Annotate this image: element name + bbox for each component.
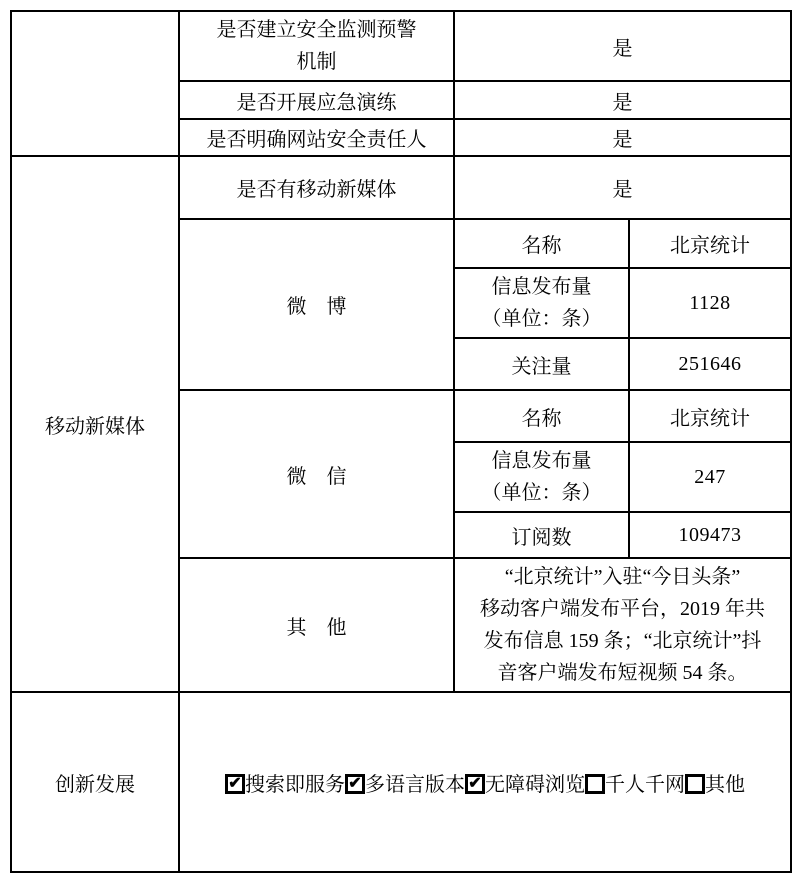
section-cell-mobile-media: 移动新媒体 [11, 156, 179, 692]
wechat-group-label: 微 信 [179, 390, 454, 558]
wechat-subscribers-label: 订阅数 [454, 512, 629, 558]
wechat-subscribers-value: 109473 [629, 512, 791, 558]
other-media-description: “北京统计”入驻“今日头条” 移动客户端发布平台，2019 年共 发布信息 15… [454, 558, 791, 692]
weibo-posts-value: 1128 [629, 268, 791, 338]
table-row: 移动新媒体 是否有移动新媒体 是 [11, 156, 791, 219]
weibo-followers-value: 251646 [629, 338, 791, 390]
innovation-option: ✔多语言版本 [345, 768, 465, 797]
innovation-option: 其他 [685, 768, 745, 797]
section-cell-innovation: 创新发展 [11, 692, 179, 872]
emergency-drill-label: 是否开展应急演练 [179, 81, 454, 119]
wechat-name-label: 名称 [454, 390, 629, 442]
emergency-drill-value: 是 [454, 81, 791, 119]
checked-checkbox-icon[interactable]: ✔ [225, 774, 245, 794]
innovation-option: ✔搜索即服务 [225, 768, 345, 797]
unchecked-checkbox-icon[interactable] [685, 774, 705, 794]
innovation-option: 千人千网 [585, 768, 685, 797]
security-owner-value: 是 [454, 119, 791, 156]
innovation-option-label: 多语言版本 [365, 774, 465, 796]
table-row: 创新发展 ✔搜索即服务✔多语言版本✔无障碍浏览千人千网其他 [11, 692, 791, 872]
innovation-option-label: 千人千网 [605, 774, 685, 796]
innovation-option-label: 搜索即服务 [245, 774, 345, 796]
weibo-followers-label: 关注量 [454, 338, 629, 390]
wechat-name-value: 北京统计 [629, 390, 791, 442]
security-monitor-label: 是否建立安全监测预警 机制 [179, 11, 454, 81]
security-owner-label: 是否明确网站安全责任人 [179, 119, 454, 156]
checked-checkbox-icon[interactable]: ✔ [345, 774, 365, 794]
wechat-posts-value: 247 [629, 442, 791, 512]
has-mobile-media-value: 是 [454, 156, 791, 219]
table-row: 是否建立安全监测预警 机制 是 [11, 11, 791, 81]
innovation-option-label: 无障碍浏览 [485, 774, 585, 796]
has-mobile-media-label: 是否有移动新媒体 [179, 156, 454, 219]
wechat-posts-label: 信息发布量 （单位：条） [454, 442, 629, 512]
weibo-group-label: 微 博 [179, 219, 454, 390]
unchecked-checkbox-icon[interactable] [585, 774, 605, 794]
report-page: 是否建立安全监测预警 机制 是 是否开展应急演练 是 是否明确网站安全责任人 是… [0, 0, 800, 872]
innovation-options: ✔搜索即服务✔多语言版本✔无障碍浏览千人千网其他 [225, 768, 745, 797]
security-monitor-value: 是 [454, 11, 791, 81]
section-cell-continued [11, 11, 179, 156]
weibo-name-value: 北京统计 [629, 219, 791, 268]
annual-report-table: 是否建立安全监测预警 机制 是 是否开展应急演练 是 是否明确网站安全责任人 是… [10, 10, 792, 873]
weibo-name-label: 名称 [454, 219, 629, 268]
weibo-posts-label: 信息发布量 （单位：条） [454, 268, 629, 338]
innovation-option-label: 其他 [705, 774, 745, 796]
innovation-option: ✔无障碍浏览 [465, 768, 585, 797]
checked-checkbox-icon[interactable]: ✔ [465, 774, 485, 794]
innovation-options-cell: ✔搜索即服务✔多语言版本✔无障碍浏览千人千网其他 [179, 692, 791, 872]
other-group-label: 其 他 [179, 558, 454, 692]
